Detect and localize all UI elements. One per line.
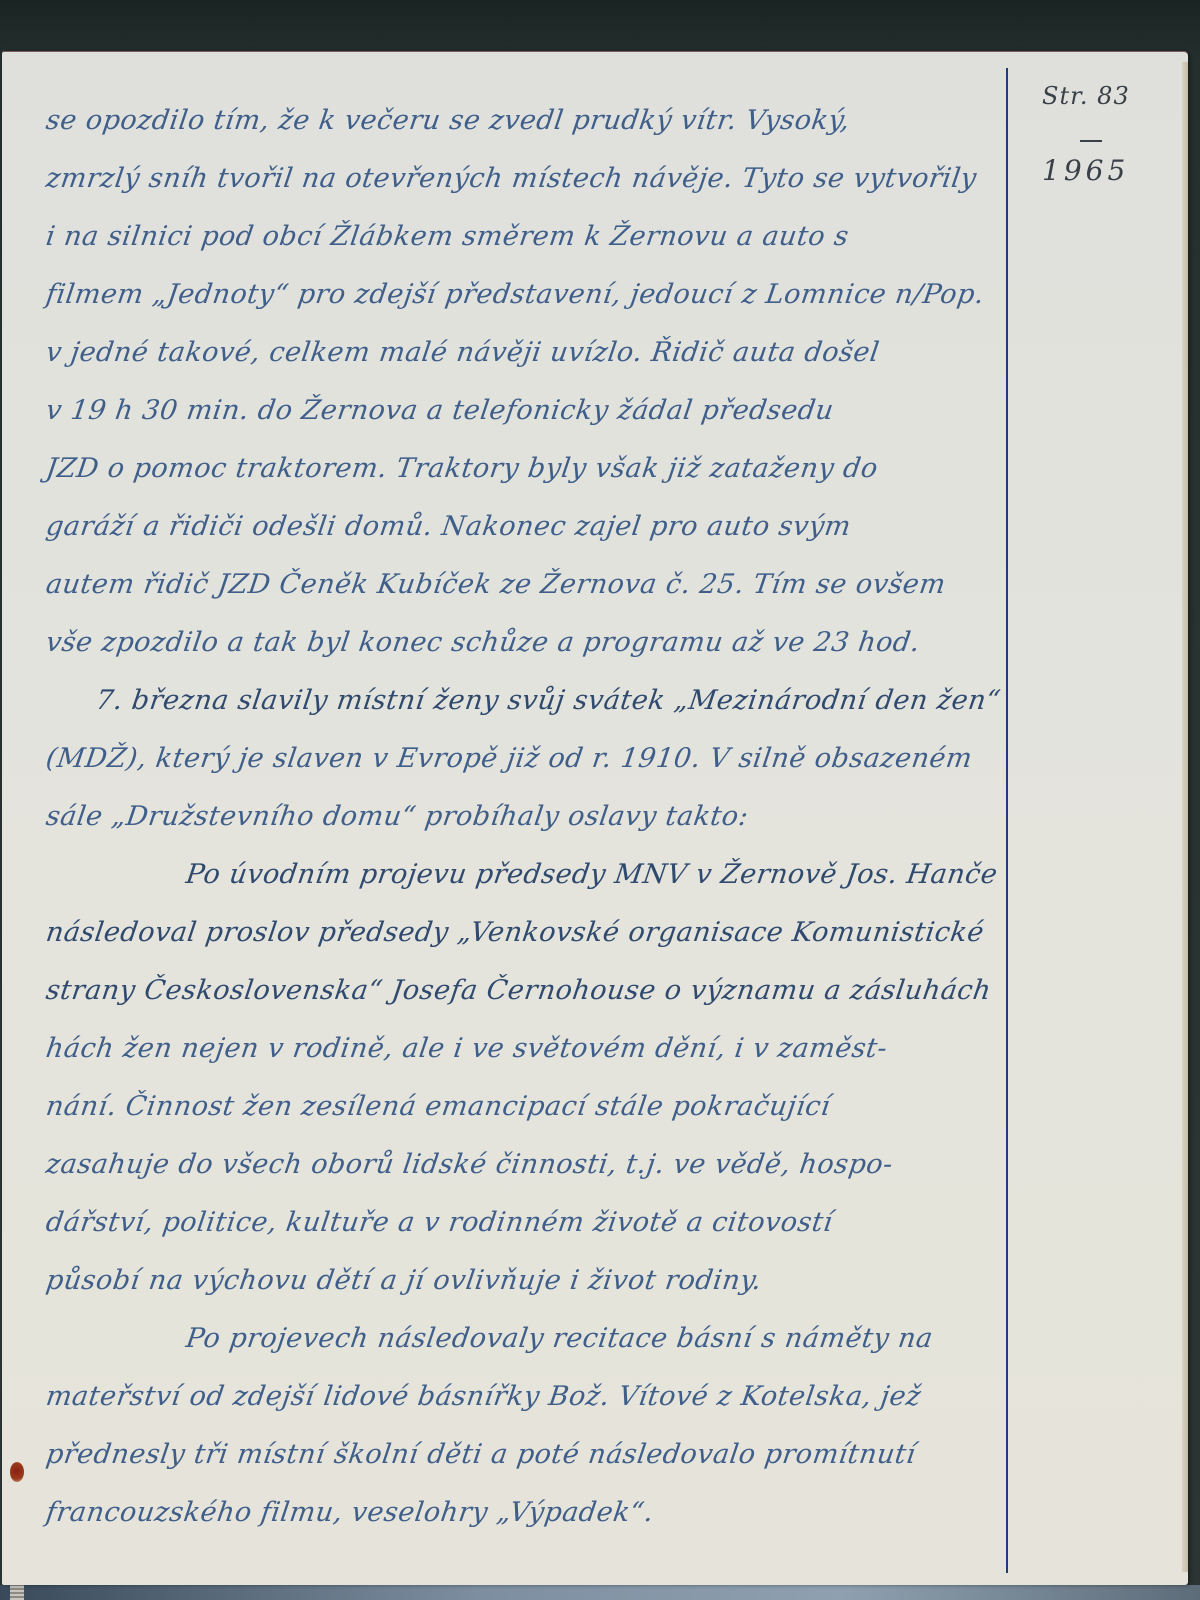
text-line: autem řidič JZD Čeněk Kubíček ze Žernova… bbox=[42, 556, 1025, 614]
text-line: filmem „Jednoty“ pro zdejší představení,… bbox=[42, 266, 1025, 324]
rust-stain bbox=[10, 1462, 24, 1482]
text-line: hách žen nejen v rodině, ale i ve světov… bbox=[42, 1020, 1025, 1078]
margin-dash bbox=[1080, 140, 1102, 142]
paragraph-start-line: Po úvodním projevu předsedy MNV v Žernov… bbox=[42, 846, 1025, 904]
text-line: sále „Družstevního domu“ probíhaly oslav… bbox=[42, 788, 1025, 846]
binding-thread bbox=[10, 1583, 24, 1600]
text-line: vše zpozdilo a tak byl konec schůze a pr… bbox=[42, 614, 1025, 672]
text-line: v 19 h 30 min. do Žernova a telefonicky … bbox=[42, 382, 1025, 440]
text-line: zmrzlý sníh tvořil na otevřených místech… bbox=[42, 150, 1025, 208]
text-line: následoval proslov předsedy „Venkovské o… bbox=[42, 904, 1025, 962]
text-line: strany Československa“ Josefa Černohouse… bbox=[42, 962, 1025, 1020]
text-line: mateřství od zdejší lidové básnířky Bož.… bbox=[42, 1368, 1025, 1426]
handwritten-text: se opozdilo tím, že k večeru se zvedl pr… bbox=[42, 92, 1017, 1542]
paragraph-start-line: Po projevech následovaly recitace básní … bbox=[42, 1310, 1025, 1368]
table-surface bbox=[0, 1585, 1200, 1600]
page-edge bbox=[1182, 62, 1188, 1572]
text-line: francouzského filmu, veselohry „Výpadek“… bbox=[42, 1484, 1025, 1542]
paragraph-start-line: 7. března slavily místní ženy svůj sváte… bbox=[42, 672, 1025, 730]
text-line: nání. Činnost žen zesílená emancipací st… bbox=[42, 1078, 1025, 1136]
text-line: garáží a řidiči odešli domů. Nakonec zaj… bbox=[42, 498, 1025, 556]
page-number: Str. 83 bbox=[1042, 82, 1130, 110]
year-label: 1965 bbox=[1042, 154, 1129, 187]
text-line: se opozdilo tím, že k večeru se zvedl pr… bbox=[42, 92, 1025, 150]
text-line: dářství, politice, kultuře a v rodinném … bbox=[42, 1194, 1025, 1252]
text-line: (MDŽ), který je slaven v Evropě již od r… bbox=[42, 730, 1025, 788]
text-line: i na silnici pod obcí Žlábkem směrem k Ž… bbox=[42, 208, 1025, 266]
text-line: v jedné takové, celkem malé návěji uvízl… bbox=[42, 324, 1025, 382]
text-line: zasahuje do všech oborů lidské činnosti,… bbox=[42, 1136, 1025, 1194]
text-line: působí na výchovu dětí a jí ovlivňuje i … bbox=[42, 1252, 1025, 1310]
chronicle-page: Str. 83 1965 se opozdilo tím, že k večer… bbox=[2, 52, 1188, 1585]
text-line: přednesly tři místní školní děti a poté … bbox=[42, 1426, 1025, 1484]
text-line: JZD o pomoc traktorem. Traktory byly vša… bbox=[42, 440, 1025, 498]
